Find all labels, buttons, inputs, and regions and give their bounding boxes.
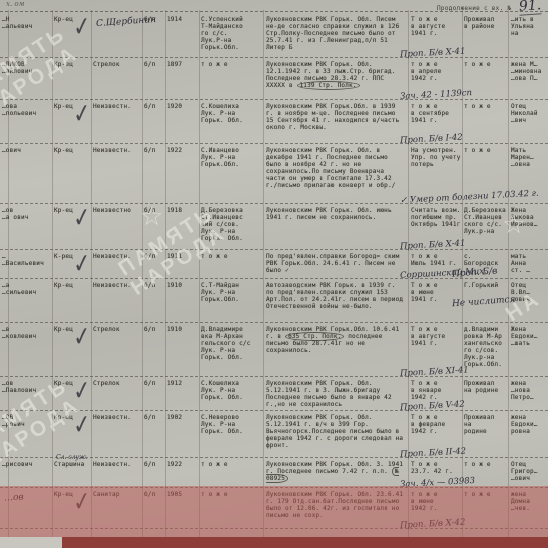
service-info-cell: Лукояновским РВК Горьк.Обл. в 1939 г. в … [266, 103, 406, 131]
table-row: …ЛИКОВ …айлович Кр-ец Стрелок б/п 1897 т… [0, 58, 548, 100]
checkmark-icon: ✓ [72, 376, 92, 409]
birth-year-cell: 1920 [167, 103, 197, 110]
residence-decision-cell: д.Владими ровка М-Ар хангельско го с/сов… [464, 326, 508, 368]
party-status-cell: б/п [144, 282, 164, 289]
contact-lost-cell: т о ж е в сентябре 1941 г. [411, 103, 461, 124]
scanned-document: …Н …альевич Кр-ец ✓ С.Щербинин б/п 1914 … [0, 0, 548, 548]
party-status-cell: б/п [144, 61, 164, 68]
birth-year-cell: 1911 [167, 253, 197, 260]
address-cell: С.Т-Майдан Лук. Р-на Горьк.Обл. [201, 282, 261, 303]
service-info-cell: Лукояновским РВК Горьк. Обл. 5.12.1941 г… [266, 380, 406, 408]
contact-lost-cell: Т о ж е в августе 1941 г. [411, 326, 461, 347]
birth-year-cell: 1914 [167, 16, 197, 23]
handwritten-rank-note: Сл. служ. [56, 454, 88, 461]
contact-lost-cell: т о ж е в апреле 1942 г. [411, 61, 461, 82]
contact-lost-cell: Т о ж е в августе 1941 г. [411, 16, 461, 37]
service-info-cell: Лукояновским РВК Горьк. Обл. в декабре 1… [266, 147, 406, 189]
birth-year-cell: 1922 [167, 461, 197, 468]
service-info-cell: Лукояновским РВК Горьк. Обл. Писем не-де… [266, 16, 406, 51]
contact-lost-cell: Т о ж е 23.7. 42 г. [411, 461, 461, 475]
handwritten-decision-note: Проп. Б/в [452, 266, 498, 279]
soldier-name-cell: …в …ковлевич [2, 326, 50, 340]
soldier-name-cell: …рисович [2, 461, 50, 468]
table-row: …ович Кр-ец Неизвестн. б/п 1922 С.Иванце… [0, 144, 548, 204]
residence-decision-cell: т о ж е [464, 61, 508, 68]
checkmark-icon: ✓ [72, 410, 92, 443]
corner-handwriting: х. ом [6, 0, 24, 8]
residence-decision-cell: Д.Березовка Ст.Иванцев ского с/с. Лук.р-… [464, 207, 508, 235]
party-status-cell: б/п [144, 103, 164, 110]
table-row: … …Васильевич К-рец ✓ Неизвестн. б/п 191… [0, 250, 548, 279]
rank-cell: Кр-ец [54, 61, 90, 68]
red-highlight-band [0, 486, 548, 538]
checkmark-icon: ✓ [72, 99, 92, 132]
service-info-cell: Лукояновским РВК Горьк. Обл. 5.12.1941 г… [266, 414, 406, 449]
rank-cell: Старшина [54, 461, 90, 468]
residence-decision-cell: Проживал на родине [464, 414, 508, 435]
continuation-number-handwritten: 91. [518, 0, 541, 16]
soldier-name-cell: …ова …польевич [2, 103, 50, 117]
residence-decision-cell: Проживал в районе [464, 16, 508, 30]
address-cell: С.Неверово Лук. Р-на Горьк. Обл. [201, 414, 261, 435]
table-row: …Н …альевич Кр-ец ✓ С.Щербинин б/п 1914 … [0, 13, 548, 58]
checkmark-icon: ✓ [72, 12, 92, 45]
party-status-cell: б/п [144, 414, 164, 421]
birth-year-cell: 1910 [167, 326, 197, 333]
address-cell: С.Иванцево Лук. Р-на Горьк.Обл. [201, 147, 261, 168]
red-edge-strip [62, 537, 548, 548]
address-cell: С.Успенский Т-Майданско го с/с. Лук.Р-на… [201, 16, 261, 51]
soldier-name-cell: …ов …а ович [2, 207, 50, 221]
family-cell: Отец В.Вл… …ович [511, 282, 548, 303]
specialty-cell: Неизвестн. [93, 461, 141, 468]
soldier-name-cell: …Н …альевич [2, 16, 50, 30]
address-cell: С.Кошелиха Лук. Р-на Горьк. Обл. [201, 380, 261, 401]
service-info-cell: Лукояновским РВК Горьк. Обл. 3. 1941 г. … [266, 461, 406, 482]
family-cell: мать Анна ст. … [511, 253, 548, 274]
contact-lost-cell: т о ж е Июль 1941 г. [411, 253, 461, 267]
party-status-cell: б/п [144, 16, 164, 23]
address-cell: т о ж е [201, 61, 261, 68]
specialty-cell: Стрелок [93, 380, 141, 387]
residence-decision-cell: т о ж е [464, 147, 508, 154]
checkmark-icon: ✓ [72, 203, 92, 236]
specialty-cell: Неизвестн. [93, 103, 141, 110]
service-info-cell: Автозаводским РВК Горьк. в 1939 г. по пр… [266, 282, 406, 310]
family-cell: Жена Евдоки… …шать [511, 326, 548, 347]
family-cell: Отец Николай …вич [511, 103, 548, 124]
address-cell: Д.Березовка Ст.Иванцевс кий с/сов. Лук. … [201, 207, 261, 242]
service-info-cell: Лукояновским РВК Горьк. Обл. июнь 1941 г… [266, 207, 406, 221]
party-status-cell: б/п [144, 326, 164, 333]
family-cell: Мать Марен… …овна [511, 147, 548, 168]
contact-lost-cell: Считать возм. погибшим пр. Октябрь 1941г [411, 207, 461, 228]
address-cell: т о ж е [201, 253, 261, 260]
contact-lost-cell: Т о ж е в январе 1942 г. [411, 380, 461, 401]
residence-decision-cell: Проживал на родине [464, 380, 508, 394]
table-row: …ов …а ович Кр-ец ✓ Неизвестно б/п 1918 … [0, 204, 548, 250]
residence-decision-cell: Г.Горький [464, 282, 508, 289]
specialty-cell: Неизвестно [93, 207, 141, 214]
party-status-cell: б/п [144, 253, 164, 260]
family-cell: жена М… …миновна …ова П… [511, 61, 548, 82]
party-status-cell: б/п [144, 461, 164, 468]
family-cell: Отец Григор… …ович [511, 461, 548, 482]
party-status-cell: б/п [144, 380, 164, 387]
address-cell: С.Кошелиха Лук. Р-на Горьк. Обл. [201, 103, 261, 124]
specialty-cell: Стрелок [93, 326, 141, 333]
residence-decision-cell: т о ж е [464, 461, 508, 468]
table-row: …ова …польевич Кр-ец ✓ Неизвестн. б/п 19… [0, 100, 548, 144]
checkmark-icon: ✓ [72, 322, 92, 355]
service-info-cell: По пред'явлен.справки Богород= ским РВК … [266, 253, 406, 274]
service-info-cell: Лукояновским РВК Горьк. Обл. 12.1.1942 г… [266, 61, 406, 89]
continuation-label: Продолжение с вх. № [437, 5, 511, 12]
soldier-name-cell: …ович [2, 147, 50, 154]
table-row: …ОВ …рович Кр-ец ✓ Неизвестн. б/п 1902 С… [0, 411, 548, 458]
table-row: …в …ковлевич Кр-ец ✓ Стрелок б/п 1910 Д.… [0, 323, 548, 377]
address-cell: Д.Владимире вка М-Архан гельского с/с Лу… [201, 326, 261, 361]
soldier-name-cell: …ЛИКОВ …айлович [2, 61, 50, 75]
birth-year-cell: 1897 [167, 61, 197, 68]
birth-year-cell: 1918 [167, 207, 197, 214]
table-row: …ов …Павлович Кр-ец ✓ Стрелок б/п 1912 С… [0, 377, 548, 411]
specialty-cell: Неизвестн. [93, 282, 141, 289]
residence-decision-cell: с. Богородск [464, 253, 508, 267]
birth-year-cell: 1910 [167, 282, 197, 289]
specialty-cell: Неизвестн. [93, 414, 141, 421]
service-info-cell: Лукояновским РВК Горьк.Обл. 10.6.41 г. в… [266, 326, 406, 354]
handwritten-decision-note: Не числится [452, 295, 516, 309]
family-cell: …ить в Ульяна на [511, 16, 548, 37]
family-cell: жена …нова Петро… [511, 380, 548, 401]
birth-year-cell: 1912 [167, 380, 197, 387]
table-row: …рисович Сл. служ. Старшина Неизвестн. б… [0, 458, 548, 488]
family-cell: Жена Зыкова Иванов… [511, 207, 548, 228]
contact-lost-cell: Т о ж е в феврале 1942 г. [411, 414, 461, 435]
soldier-name-cell: …ОВ …рович [2, 414, 50, 428]
birth-year-cell: 1902 [167, 414, 197, 421]
specialty-cell: Неизвестн. [93, 253, 141, 260]
rank-cell: Кр-ец [54, 282, 90, 289]
party-status-cell: б/п [144, 147, 164, 154]
scan-corner [0, 537, 62, 548]
specialty-cell: Неизвестн. [93, 147, 141, 154]
checkmark-icon: ✓ [72, 249, 92, 282]
rank-cell: Кр-ец [54, 147, 90, 154]
soldier-name-cell: …ов …Павлович [2, 380, 50, 394]
party-status-cell: б/п [144, 207, 164, 214]
residence-decision-cell: т о ж е [464, 103, 508, 110]
specialty-cell: Стрелок [93, 61, 141, 68]
contact-lost-cell: На усмотрен. Упр. по учету потерь [411, 147, 461, 168]
address-cell: т о ж е [201, 461, 261, 468]
table-row: …а …сильевич Кр-ец Неизвестн. б/п 1910 С… [0, 279, 548, 323]
soldier-name-cell: … …Васильевич [2, 253, 50, 267]
family-cell: жена Евдоки… ровна [511, 414, 548, 435]
birth-year-cell: 1922 [167, 147, 197, 154]
soldier-name-cell: …а …сильевич [2, 282, 50, 296]
